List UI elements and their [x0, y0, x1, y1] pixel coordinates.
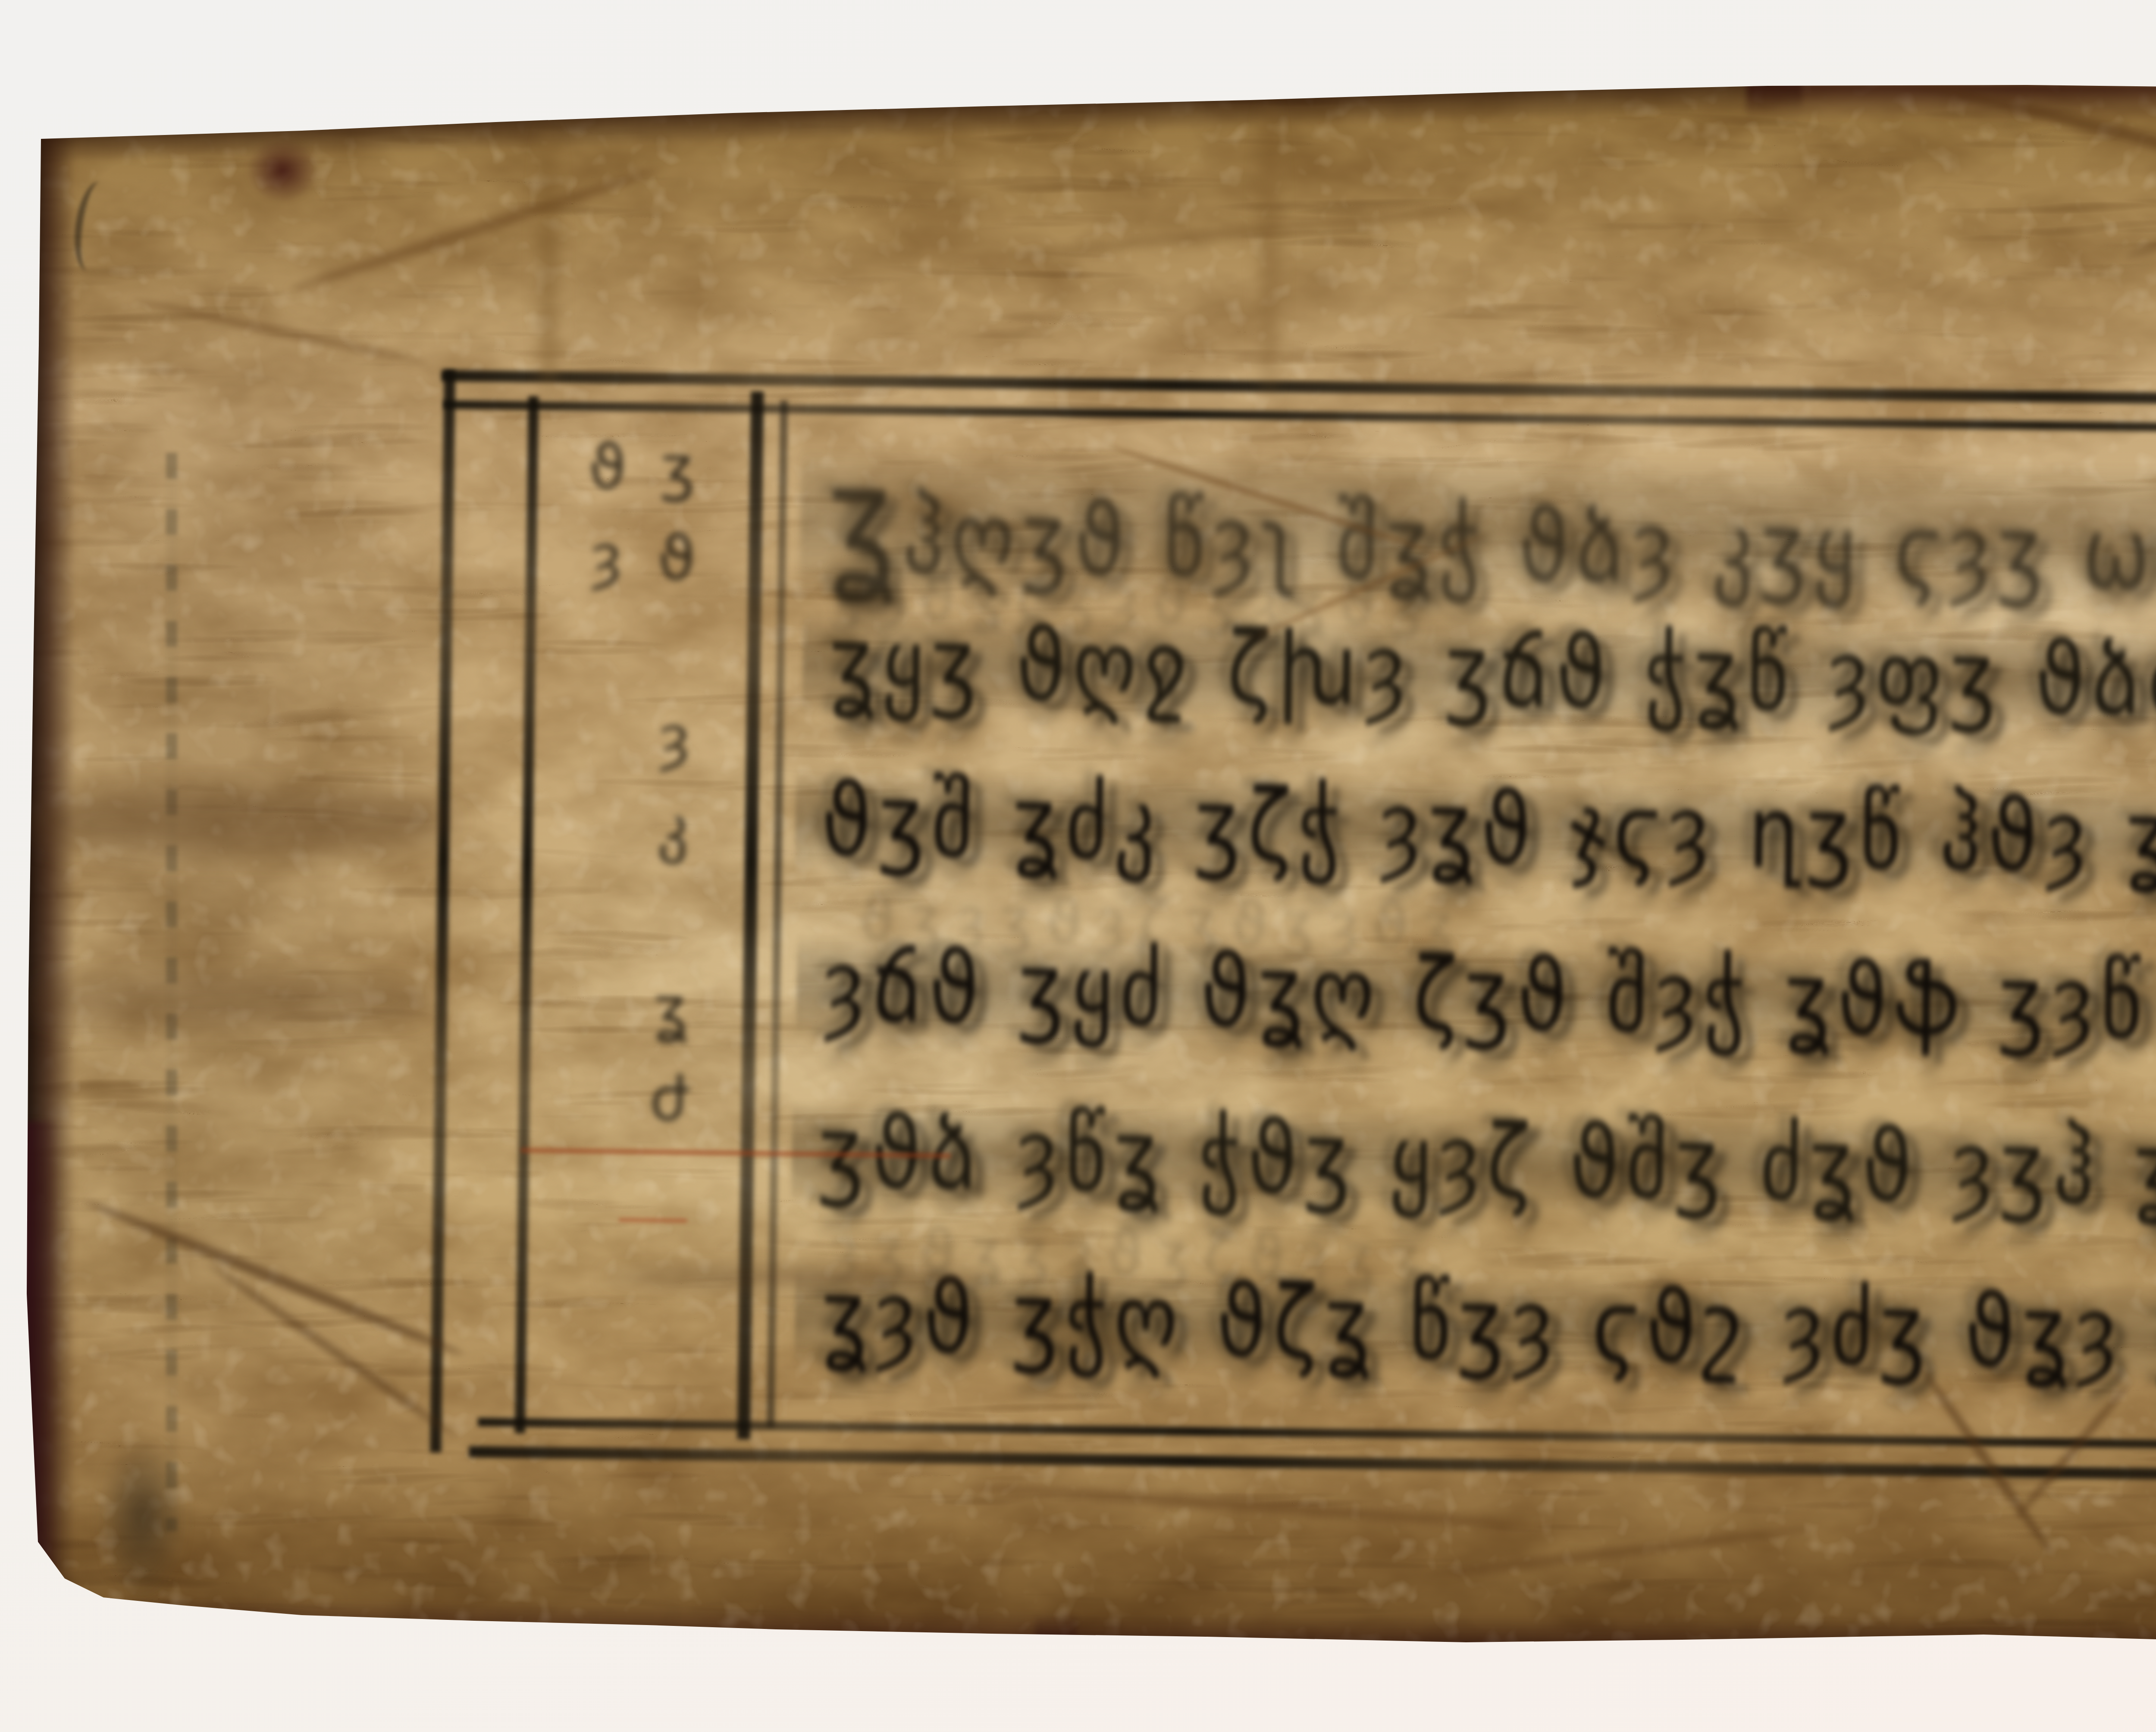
bleedthrough-line: ʒȝϑʓζʒȝϑʒȝʓϑʒ	[829, 561, 1437, 641]
left-edge-maroon	[22, 1121, 60, 1596]
shadow-band	[26, 789, 448, 854]
red-ink-dash	[618, 1217, 687, 1223]
photo-backdrop: ʒϑ ȝკ ʓժ ϑȝ ʓჰღʒϑ წȝʅ შʓჭ ϑձȝ კʒყ ϛȝʒ ωψ…	[0, 0, 2156, 1732]
smudge-patch-bottom-left	[99, 1436, 185, 1600]
shadow-band	[26, 975, 431, 1026]
maroon-stain	[246, 138, 319, 203]
paper-fiber	[539, 129, 558, 397]
bleedthrough-line: ϑʓȝʒϑȝζʓϑʒȝϑʓ	[859, 882, 1470, 963]
text-line-5: ʒϑձ ȝწʓ ჭϑʒ ყȝζ ϑშʒ ძʓϑ ȝʒჰ ʓȝ	[791, 1097, 2156, 1227]
margin-title-column: ʒϑ ȝკ ʓժ ϑȝ	[560, 432, 714, 1409]
bottom-edge-maroon	[1034, 1613, 2156, 1666]
ink-dot	[621, 1649, 638, 1663]
frame-top-inner-line	[444, 400, 2156, 437]
paper-fiber	[1259, 104, 1279, 397]
ink-dot	[231, 1647, 245, 1660]
text-frame: ʒϑ ȝკ ʓժ ϑȝ ʓჰღʒϑ წȝʅ შʓჭ ϑձȝ კʒყ ϛȝʒ ωψ…	[430, 370, 2156, 1485]
text-line-3: ϑʒშ ʓძკ ʒζჭ ȝʓϑ ჯϛȝ ղʒწ ჰϑȝ ʓϑ	[795, 765, 2156, 895]
crease-shadow	[604, 1268, 992, 1287]
frame-bottom-inner-line	[478, 1418, 2156, 1454]
manuscript-leaf: ʒϑ ȝკ ʓժ ϑȝ ʓჰღʒϑ წȝʅ შʓჭ ϑձȝ კʒყ ϛȝʒ ωψ…	[0, 0, 2156, 1732]
frame-left-inner-line	[515, 396, 539, 1434]
